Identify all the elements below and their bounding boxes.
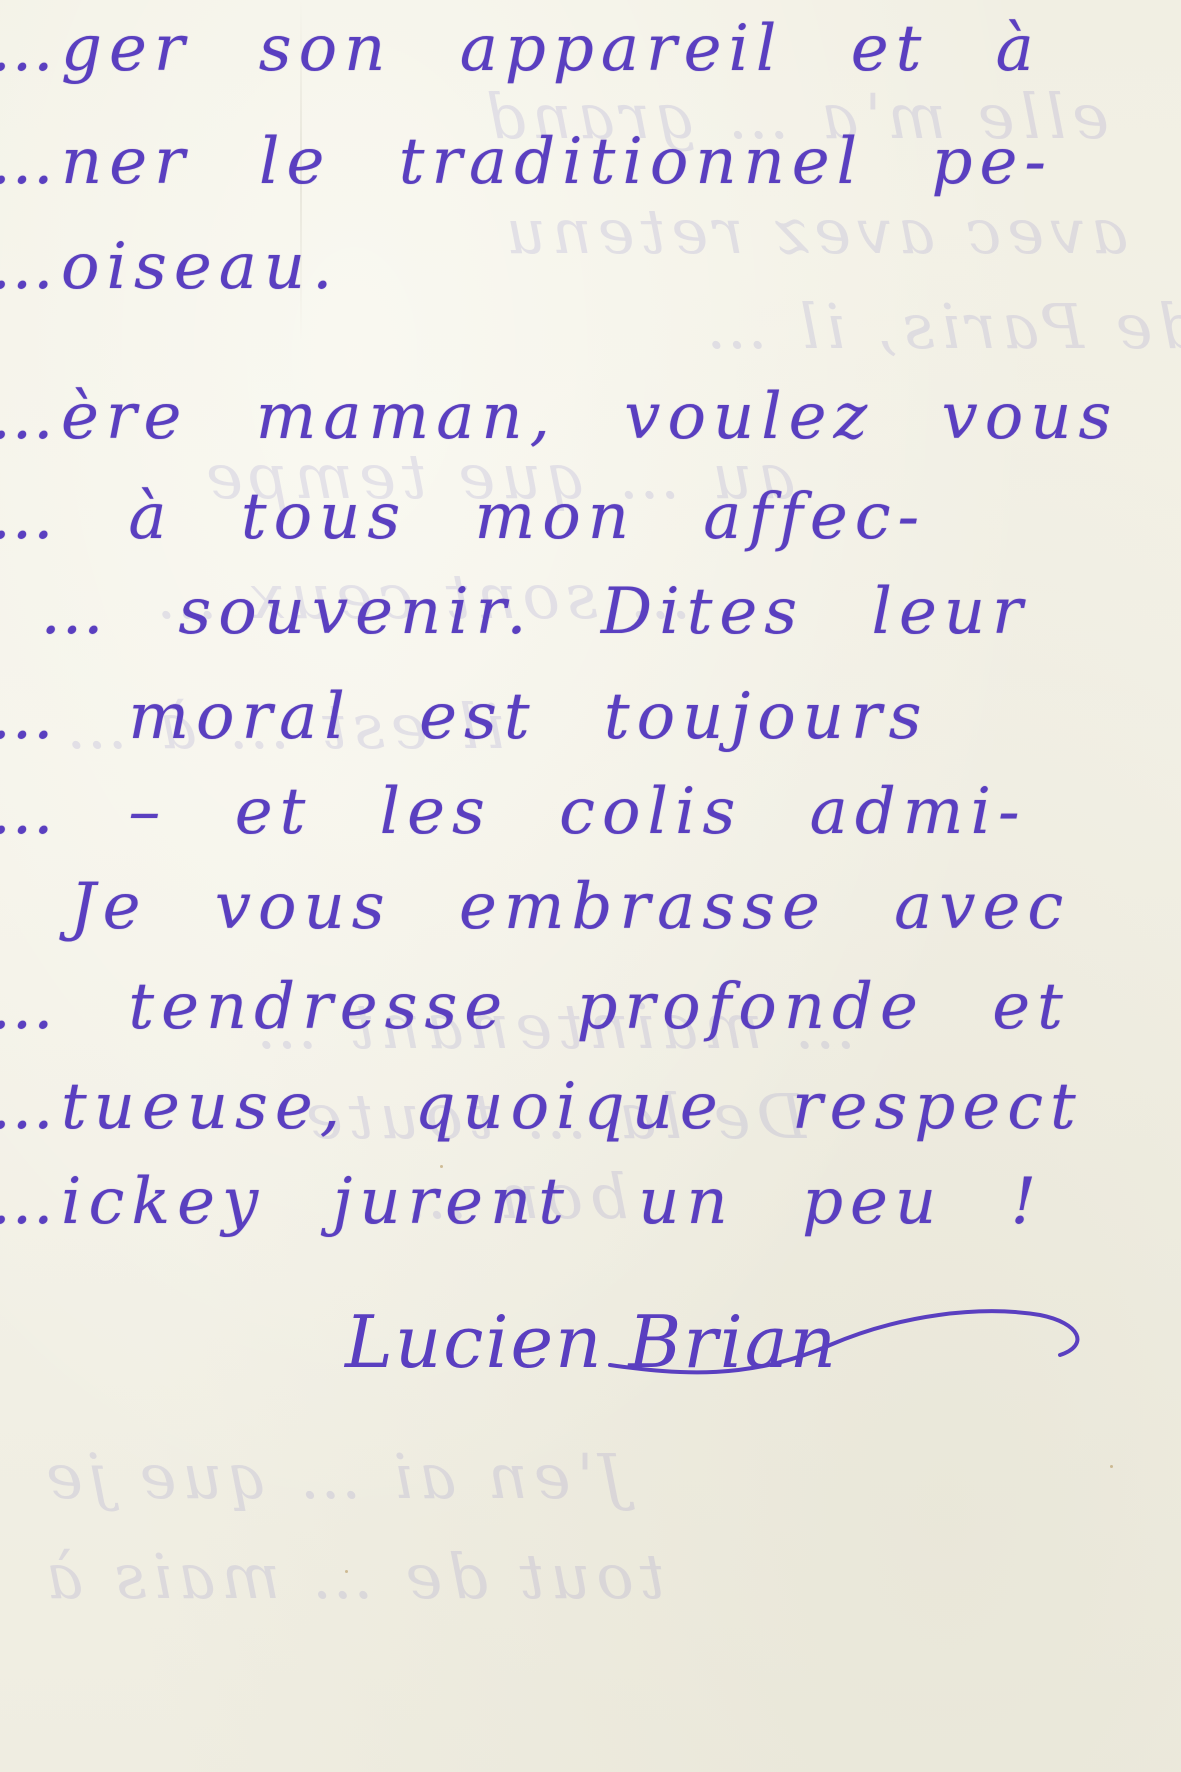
letter-line: … – et les colis admi- <box>0 775 1027 849</box>
letter-line: …oiseau. <box>0 230 339 304</box>
paper-speck <box>1110 1465 1113 1468</box>
letter-line: …ère maman, voulez vous <box>0 380 1118 454</box>
letter-line: … souvenir. Dites leur <box>40 575 1030 649</box>
bleed-through-line: J'en ai … que je <box>40 1440 624 1513</box>
letter-line: …ner le traditionnel pe- <box>0 125 1053 199</box>
bleed-through-line: tout de … mais à <box>40 1540 665 1613</box>
letter-line: …ger son appareil et à <box>0 12 1041 86</box>
letter-line: …ickey jurent un peu ! <box>0 1165 1043 1239</box>
letter-line: … tendresse profonde et <box>0 970 1070 1044</box>
bleed-through-line: avec avez retenu <box>500 195 1128 268</box>
paper-speck <box>345 1570 348 1573</box>
letter-line: … à tous mon affec- <box>0 480 926 554</box>
letter-line: … moral est toujours <box>0 680 928 754</box>
letter-line: Je vous embrasse avec <box>70 870 1070 944</box>
bleed-through-line: de Paris, il … <box>700 290 1181 363</box>
signature-flourish-icon <box>600 1305 1100 1395</box>
paper-speck <box>440 1165 443 1168</box>
letter-line: …tueuse, quoique respect <box>0 1070 1083 1144</box>
